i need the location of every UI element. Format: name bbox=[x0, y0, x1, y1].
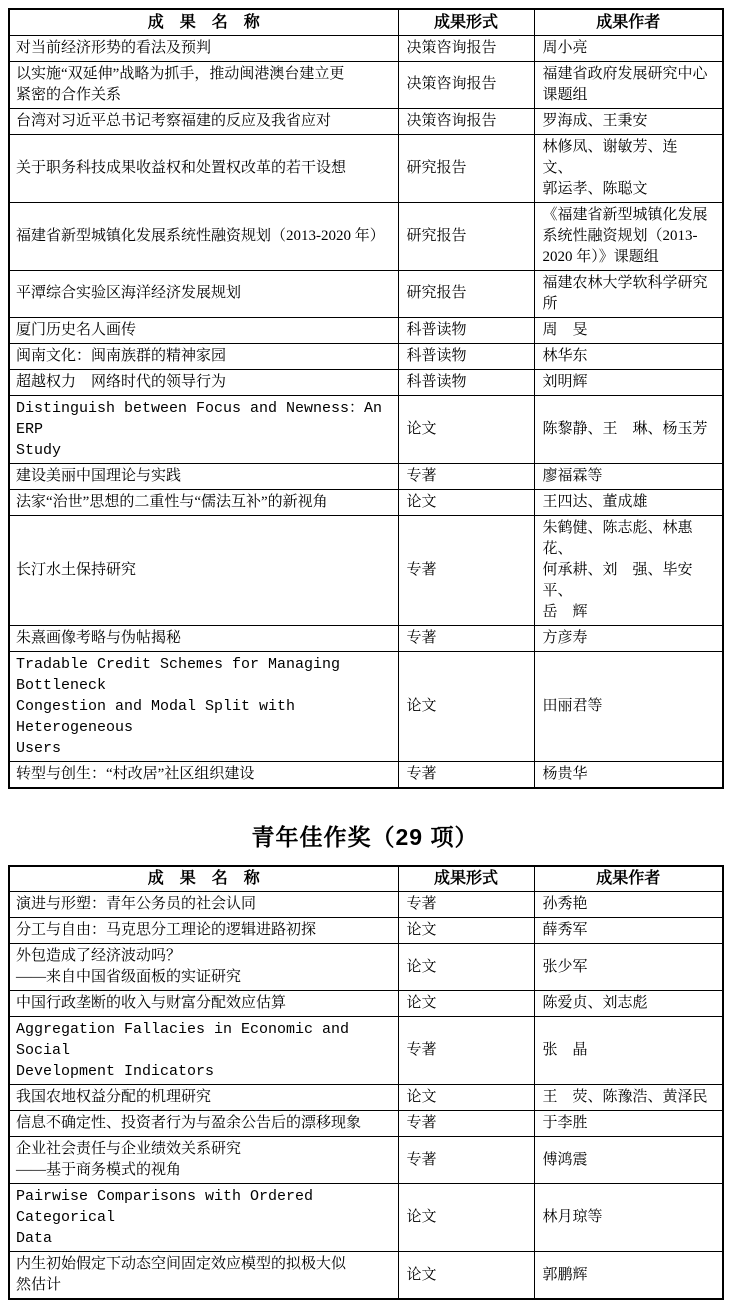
table-row: 建设美丽中国理论与实践专著廖福霖等 bbox=[9, 463, 723, 489]
result-name-cell: 平潭综合实验区海洋经济发展规划 bbox=[9, 270, 398, 317]
table-row: 平潭综合实验区海洋经济发展规划研究报告福建农林大学软科学研究所 bbox=[9, 270, 723, 317]
table-row: 台湾对习近平总书记考察福建的反应及我省应对决策咨询报告罗海成、王秉安 bbox=[9, 108, 723, 134]
result-author-cell: 林华东 bbox=[534, 343, 723, 369]
table-row: 厦门历史名人画传科普读物周 旻 bbox=[9, 317, 723, 343]
result-name-cell: 朱熹画像考略与伪帖揭秘 bbox=[9, 625, 398, 651]
result-form-cell: 论文 bbox=[398, 918, 534, 944]
result-name-cell: 法家“治世”思想的二重性与“儒法互补”的新视角 bbox=[9, 489, 398, 515]
table-row: 分工与自由：马克思分工理论的逻辑进路初探论文薛秀军 bbox=[9, 918, 723, 944]
column-header-name: 成 果 名 称 bbox=[9, 9, 398, 35]
result-form-cell: 专著 bbox=[398, 625, 534, 651]
result-name-cell: 闽南文化：闽南族群的精神家园 bbox=[9, 343, 398, 369]
result-form-cell: 专著 bbox=[398, 1111, 534, 1137]
table-header-row: 成 果 名 称 成果形式 成果作者 bbox=[9, 866, 723, 892]
column-header-name: 成 果 名 称 bbox=[9, 866, 398, 892]
table-row: 企业社会责任与企业绩效关系研究 ——基于商务模式的视角专著傅鸿震 bbox=[9, 1137, 723, 1184]
result-name-cell: 企业社会责任与企业绩效关系研究 ——基于商务模式的视角 bbox=[9, 1137, 398, 1184]
result-form-cell: 论文 bbox=[398, 991, 534, 1017]
result-author-cell: 刘明辉 bbox=[534, 369, 723, 395]
result-form-cell: 论文 bbox=[398, 395, 534, 463]
result-author-cell: 林修凤、谢敏芳、连 文、 郭运孝、陈聪文 bbox=[534, 134, 723, 202]
result-name-cell: 福建省新型城镇化发展系统性融资规划（2013-2020 年） bbox=[9, 202, 398, 270]
result-form-cell: 论文 bbox=[398, 944, 534, 991]
awards-table-youth: 成 果 名 称 成果形式 成果作者 演进与形塑：青年公务员的社会认同专著孙秀艳分… bbox=[8, 865, 724, 1301]
result-author-cell: 方彦寿 bbox=[534, 625, 723, 651]
table-row: 福建省新型城镇化发展系统性融资规划（2013-2020 年）研究报告《福建省新型… bbox=[9, 202, 723, 270]
table-row: 闽南文化：闽南族群的精神家园科普读物林华东 bbox=[9, 343, 723, 369]
table-row: Tradable Credit Schemes for Managing Bot… bbox=[9, 651, 723, 761]
result-author-cell: 《福建省新型城镇化发展 系统性融资规划（2013- 2020 年）》课题组 bbox=[534, 202, 723, 270]
table-row: 外包造成了经济波动吗？ ——来自中国省级面板的实证研究论文张少军 bbox=[9, 944, 723, 991]
result-name-cell: 台湾对习近平总书记考察福建的反应及我省应对 bbox=[9, 108, 398, 134]
result-author-cell: 孙秀艳 bbox=[534, 892, 723, 918]
result-form-cell: 专著 bbox=[398, 761, 534, 788]
result-author-cell: 杨贵华 bbox=[534, 761, 723, 788]
awards-table-top: 成 果 名 称 成果形式 成果作者 对当前经济形势的看法及预判决策咨询报告周小亮… bbox=[8, 8, 724, 789]
result-name-cell: 超越权力 网络时代的领导行为 bbox=[9, 369, 398, 395]
table-row: 中国行政垄断的收入与财富分配效应估算论文陈爱贞、刘志彪 bbox=[9, 991, 723, 1017]
table-row: Distinguish between Focus and Newness：An… bbox=[9, 395, 723, 463]
result-form-cell: 决策咨询报告 bbox=[398, 35, 534, 61]
result-author-cell: 周小亮 bbox=[534, 35, 723, 61]
section-title: 青年佳作奖（29 项） bbox=[8, 819, 722, 852]
result-author-cell: 张少军 bbox=[534, 944, 723, 991]
column-header-form: 成果形式 bbox=[398, 866, 534, 892]
result-author-cell: 王四达、董成雄 bbox=[534, 489, 723, 515]
table-row: Aggregation Fallacies in Economic and So… bbox=[9, 1017, 723, 1085]
result-name-cell: 厦门历史名人画传 bbox=[9, 317, 398, 343]
table-row: 法家“治世”思想的二重性与“儒法互补”的新视角论文王四达、董成雄 bbox=[9, 489, 723, 515]
result-author-cell: 廖福霖等 bbox=[534, 463, 723, 489]
table-row: 对当前经济形势的看法及预判决策咨询报告周小亮 bbox=[9, 35, 723, 61]
result-form-cell: 论文 bbox=[398, 651, 534, 761]
result-name-cell: 关于职务科技成果收益权和处置权改革的若干设想 bbox=[9, 134, 398, 202]
column-header-author: 成果作者 bbox=[534, 9, 723, 35]
result-name-cell: 以实施“双延伸”战略为抓手，推动闽港澳台建立更 紧密的合作关系 bbox=[9, 61, 398, 108]
result-form-cell: 专著 bbox=[398, 515, 534, 625]
result-author-cell: 朱鹤健、陈志彪、林惠花、 何承耕、刘 强、毕安平、 岳 辉 bbox=[534, 515, 723, 625]
result-name-cell: 外包造成了经济波动吗？ ——来自中国省级面板的实证研究 bbox=[9, 944, 398, 991]
awards-table-youth-body: 演进与形塑：青年公务员的社会认同专著孙秀艳分工与自由：马克思分工理论的逻辑进路初… bbox=[9, 892, 723, 1300]
result-name-cell: 转型与创生：“村改居”社区组织建设 bbox=[9, 761, 398, 788]
result-author-cell: 陈爱贞、刘志彪 bbox=[534, 991, 723, 1017]
table-row: 内生初始假定下动态空间固定效应模型的拟极大似 然估计论文郭鹏辉 bbox=[9, 1252, 723, 1300]
result-author-cell: 于李胜 bbox=[534, 1111, 723, 1137]
table-row: 超越权力 网络时代的领导行为科普读物刘明辉 bbox=[9, 369, 723, 395]
column-header-form: 成果形式 bbox=[398, 9, 534, 35]
table-row: 朱熹画像考略与伪帖揭秘专著方彦寿 bbox=[9, 625, 723, 651]
awards-table-top-body: 对当前经济形势的看法及预判决策咨询报告周小亮以实施“双延伸”战略为抓手，推动闽港… bbox=[9, 35, 723, 788]
result-name-cell: 演进与形塑：青年公务员的社会认同 bbox=[9, 892, 398, 918]
result-form-cell: 论文 bbox=[398, 1252, 534, 1300]
result-author-cell: 郭鹏辉 bbox=[534, 1252, 723, 1300]
result-form-cell: 专著 bbox=[398, 892, 534, 918]
result-form-cell: 专著 bbox=[398, 1137, 534, 1184]
table-row: 信息不确定性、投资者行为与盈余公告后的漂移现象专著于李胜 bbox=[9, 1111, 723, 1137]
result-author-cell: 林月琼等 bbox=[534, 1184, 723, 1252]
result-name-cell: 中国行政垄断的收入与财富分配效应估算 bbox=[9, 991, 398, 1017]
document-page: 成 果 名 称 成果形式 成果作者 对当前经济形势的看法及预判决策咨询报告周小亮… bbox=[0, 0, 730, 1304]
result-name-cell: 内生初始假定下动态空间固定效应模型的拟极大似 然估计 bbox=[9, 1252, 398, 1300]
result-form-cell: 专著 bbox=[398, 463, 534, 489]
result-name-cell: Aggregation Fallacies in Economic and So… bbox=[9, 1017, 398, 1085]
table-row: 长汀水土保持研究专著朱鹤健、陈志彪、林惠花、 何承耕、刘 强、毕安平、 岳 辉 bbox=[9, 515, 723, 625]
table-row: 关于职务科技成果收益权和处置权改革的若干设想研究报告林修凤、谢敏芳、连 文、 郭… bbox=[9, 134, 723, 202]
table-row: 以实施“双延伸”战略为抓手，推动闽港澳台建立更 紧密的合作关系决策咨询报告福建省… bbox=[9, 61, 723, 108]
column-header-author: 成果作者 bbox=[534, 866, 723, 892]
result-name-cell: 信息不确定性、投资者行为与盈余公告后的漂移现象 bbox=[9, 1111, 398, 1137]
result-author-cell: 周 旻 bbox=[534, 317, 723, 343]
result-author-cell: 田丽君等 bbox=[534, 651, 723, 761]
result-author-cell: 陈黎静、王 琳、杨玉芳 bbox=[534, 395, 723, 463]
result-name-cell: 长汀水土保持研究 bbox=[9, 515, 398, 625]
result-form-cell: 论文 bbox=[398, 489, 534, 515]
result-author-cell: 傅鸿震 bbox=[534, 1137, 723, 1184]
result-form-cell: 研究报告 bbox=[398, 134, 534, 202]
result-form-cell: 科普读物 bbox=[398, 369, 534, 395]
table-row: Pairwise Comparisons with Ordered Catego… bbox=[9, 1184, 723, 1252]
result-author-cell: 福建省政府发展研究中心 课题组 bbox=[534, 61, 723, 108]
result-form-cell: 研究报告 bbox=[398, 202, 534, 270]
result-name-cell: 对当前经济形势的看法及预判 bbox=[9, 35, 398, 61]
result-author-cell: 薛秀军 bbox=[534, 918, 723, 944]
table-row: 我国农地权益分配的机理研究论文王 荧、陈豫浩、黄泽民 bbox=[9, 1085, 723, 1111]
result-form-cell: 决策咨询报告 bbox=[398, 108, 534, 134]
result-name-cell: Pairwise Comparisons with Ordered Catego… bbox=[9, 1184, 398, 1252]
result-form-cell: 论文 bbox=[398, 1184, 534, 1252]
result-form-cell: 论文 bbox=[398, 1085, 534, 1111]
result-form-cell: 专著 bbox=[398, 1017, 534, 1085]
result-name-cell: 我国农地权益分配的机理研究 bbox=[9, 1085, 398, 1111]
table-row: 演进与形塑：青年公务员的社会认同专著孙秀艳 bbox=[9, 892, 723, 918]
result-form-cell: 科普读物 bbox=[398, 317, 534, 343]
result-name-cell: Distinguish between Focus and Newness：An… bbox=[9, 395, 398, 463]
result-form-cell: 科普读物 bbox=[398, 343, 534, 369]
table-header-row: 成 果 名 称 成果形式 成果作者 bbox=[9, 9, 723, 35]
result-author-cell: 王 荧、陈豫浩、黄泽民 bbox=[534, 1085, 723, 1111]
result-name-cell: 分工与自由：马克思分工理论的逻辑进路初探 bbox=[9, 918, 398, 944]
result-author-cell: 罗海成、王秉安 bbox=[534, 108, 723, 134]
result-name-cell: Tradable Credit Schemes for Managing Bot… bbox=[9, 651, 398, 761]
result-author-cell: 张 晶 bbox=[534, 1017, 723, 1085]
result-name-cell: 建设美丽中国理论与实践 bbox=[9, 463, 398, 489]
result-form-cell: 决策咨询报告 bbox=[398, 61, 534, 108]
table-row: 转型与创生：“村改居”社区组织建设专著杨贵华 bbox=[9, 761, 723, 788]
result-author-cell: 福建农林大学软科学研究所 bbox=[534, 270, 723, 317]
result-form-cell: 研究报告 bbox=[398, 270, 534, 317]
